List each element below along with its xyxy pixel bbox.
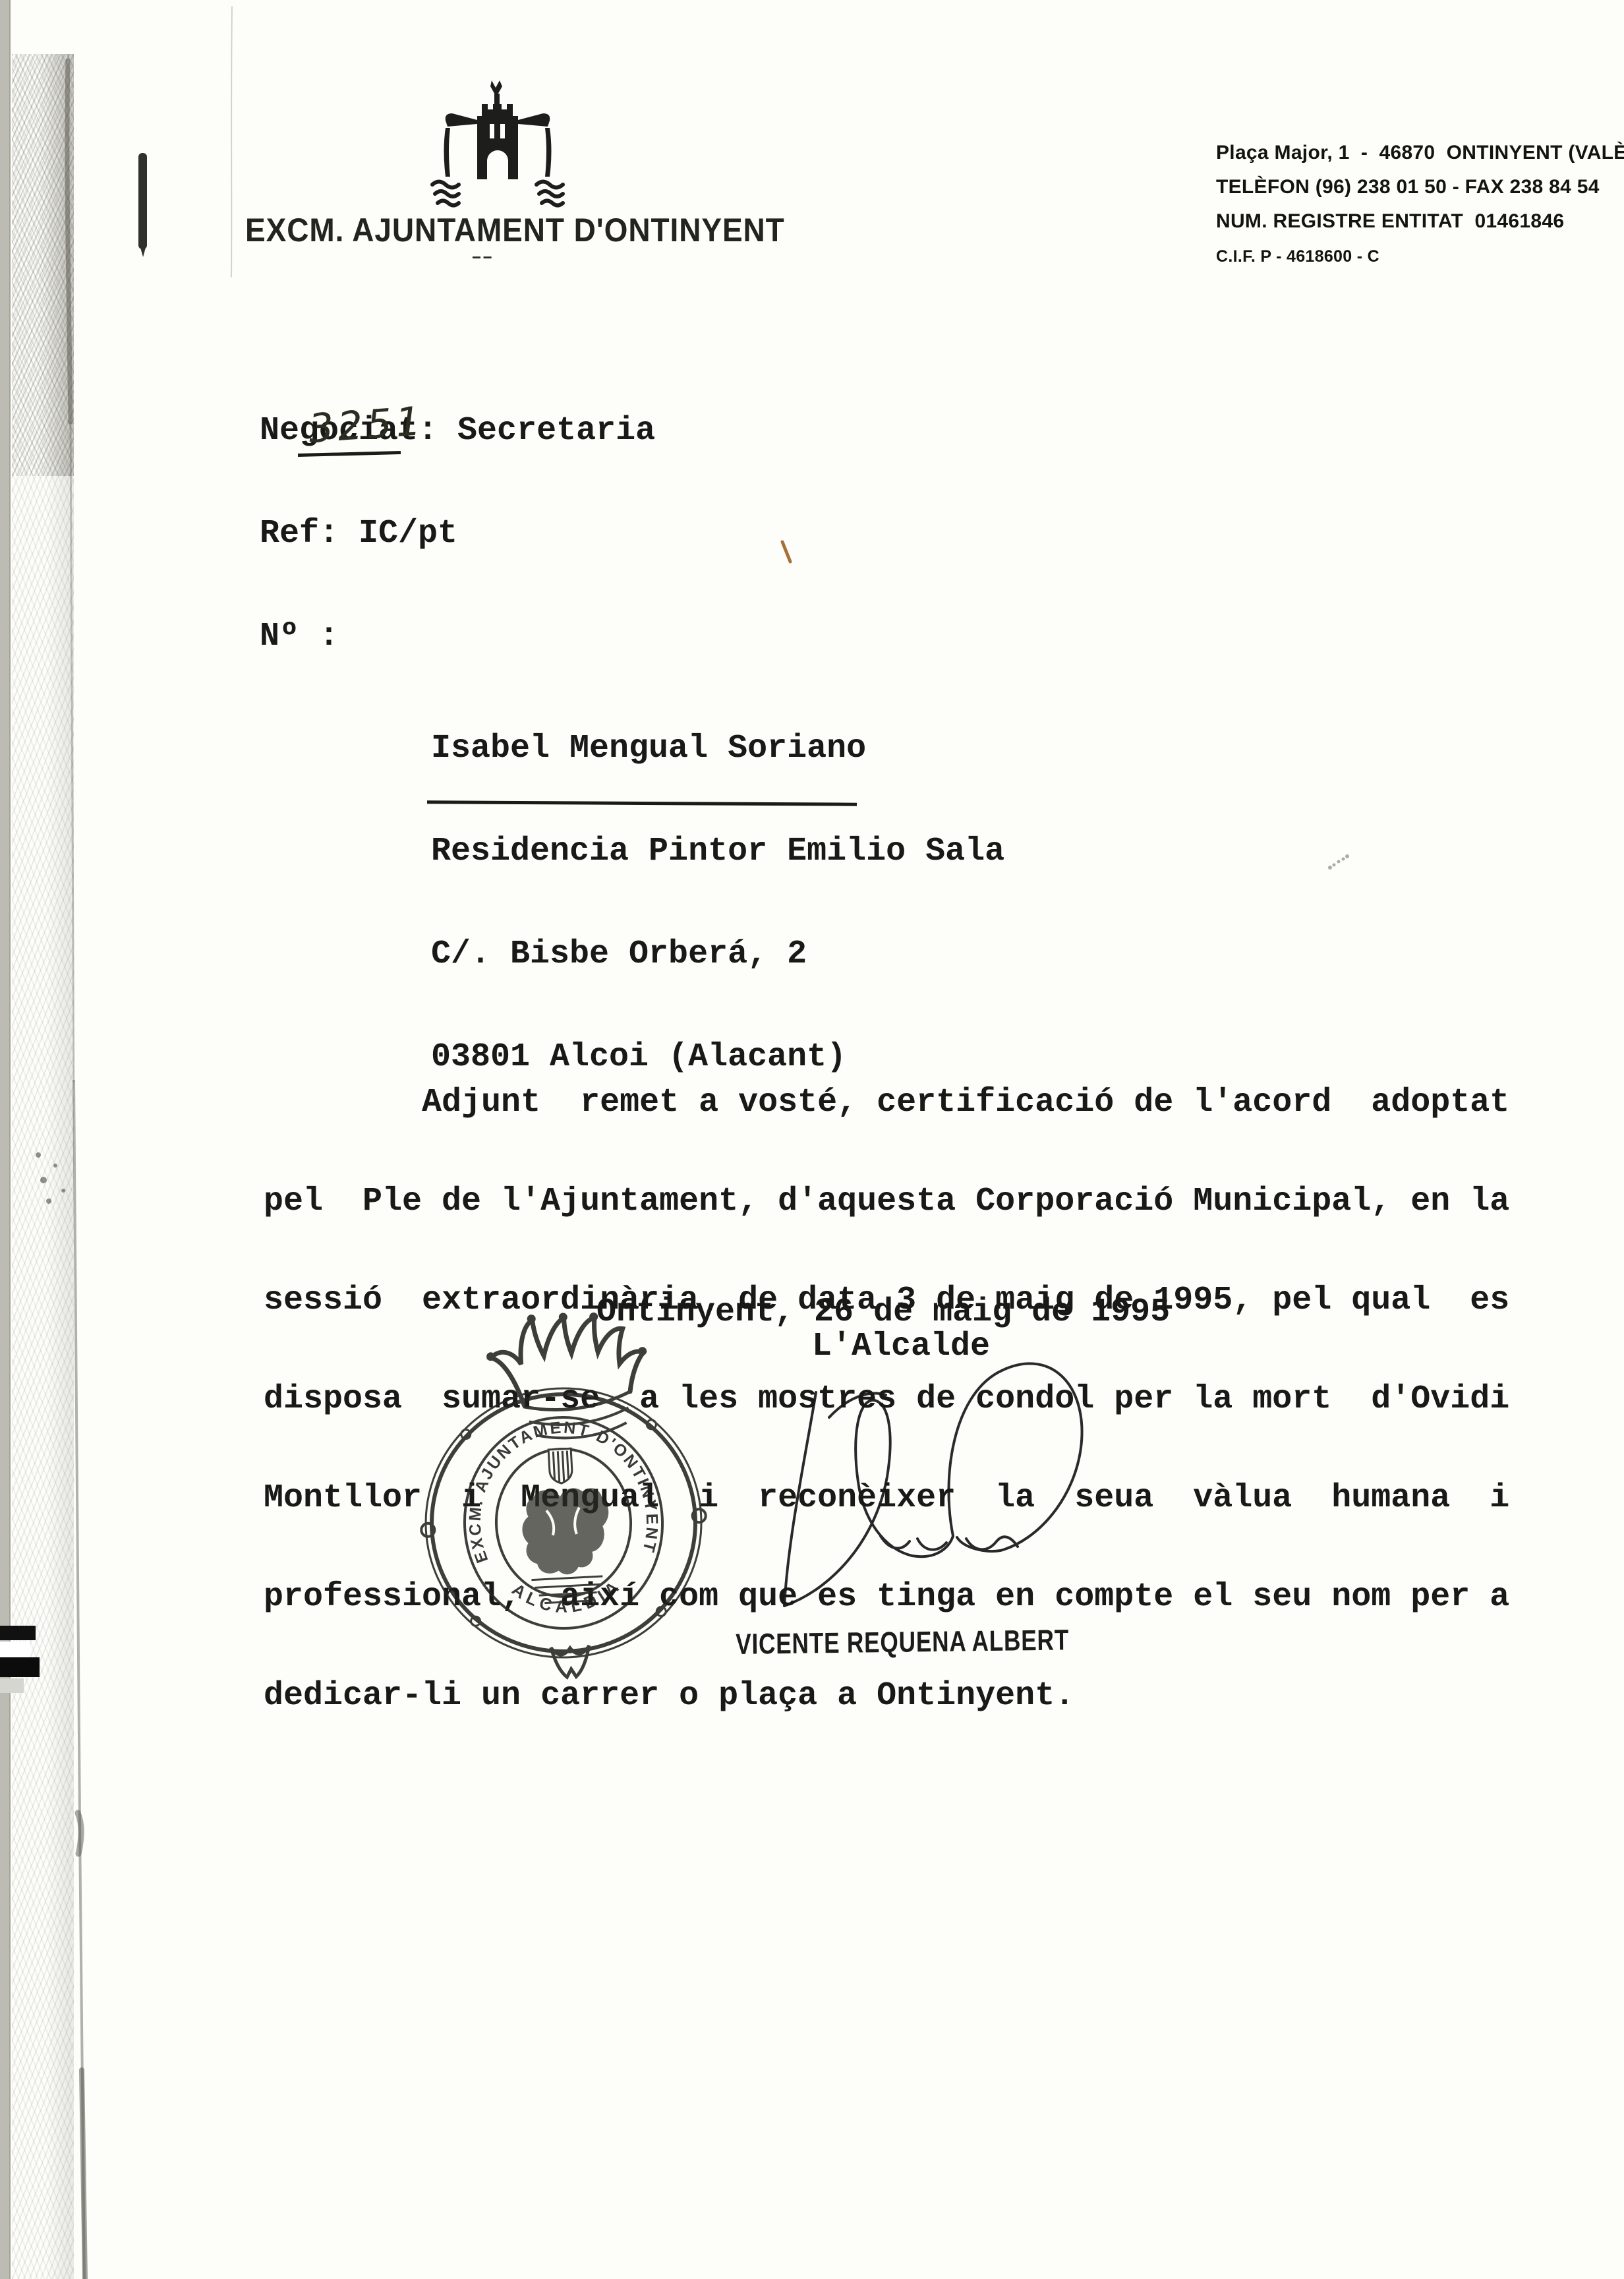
contact-block: Plaça Major, 1 - 46870 ONTINYENT (VALÈNC… [1216,136,1624,272]
ref-line: Ref: IC/pt [260,517,655,551]
body-line: pel Ple de l'Ajuntament, d'aquesta Corpo… [264,1185,1509,1218]
addressee-residence: Residencia Pintor Emilio Sala [431,835,1004,869]
role-line: L'Alcalde [812,1328,990,1365]
ink-bar-mark [138,153,147,257]
body-line: Montllor i Mengual i reconèixer la seua … [264,1482,1509,1515]
contact-phone-line: TELÈFON (96) 238 01 50 - FAX 238 84 54 [1216,170,1624,204]
organization-title: EXCM. AJUNTAMENT D'ONTINYENT [245,211,785,249]
contact-address-line: Plaça Major, 1 - 46870 ONTINYENT (VALÈNC… [1216,136,1624,170]
handwritten-number: 3251 [307,398,426,452]
reference-block: Negociat: Secretaria Ref: IC/pt Nº : [260,345,655,688]
body-line: professional, així com que es tinga en c… [264,1581,1509,1614]
number-label: Nº : [260,620,655,654]
scanner-edge-strip [0,0,11,2279]
texture-edge-line [67,7,232,2279]
addressee-street: C/. Bisbe Orberá, 2 [431,937,1004,972]
contact-cif-line: C.I.F. P - 4618600 - C [1216,241,1624,272]
signer-name: VICENTE REQUENA ALBERT [736,1624,1069,1661]
pen-slash-mark [782,542,790,562]
contact-registry-line: NUM. REGISTRE ENTITAT 01461846 [1216,204,1624,239]
header-divider-dashes: -- -- [472,248,491,266]
castle-emblem-icon [432,80,563,206]
body-line: disposa sumar-se a les mostres de condol… [264,1383,1509,1416]
date-line: Ontinyent, 26 de maig de 1995 [596,1293,1170,1331]
dot-trail-mark [1328,854,1349,870]
addressee-name: Isabel Mengual Soriano [431,732,1004,766]
body-line: dedicar-li un carrer o plaça a Ontinyent… [264,1680,1509,1713]
scanned-letter-page: { "header": { "title": "EXCM. AJUNTAMENT… [0,0,1624,2279]
body-line: Adjunt remet a vosté, certificació de l'… [264,1086,1509,1119]
scan-texture-band-top [12,54,74,476]
